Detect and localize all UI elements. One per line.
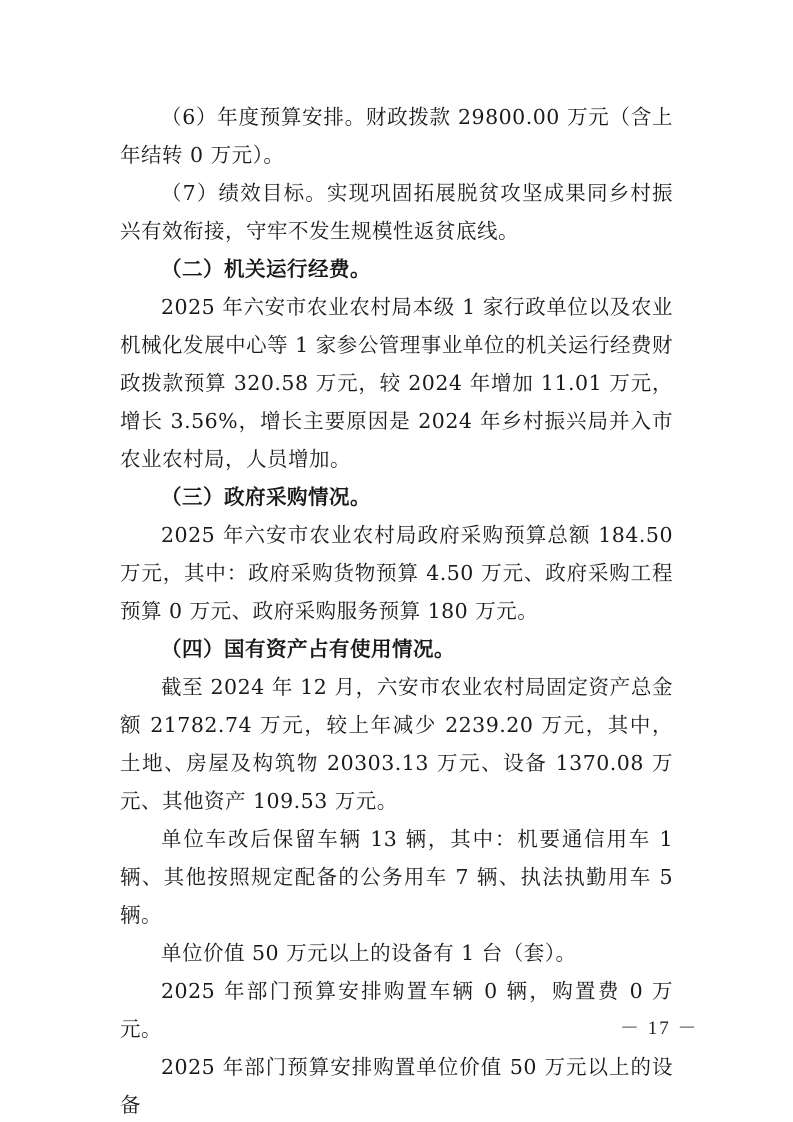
paragraph-operating-expenses: 2025 年六安市农业农村局本级 1 家行政单位以及农业机械化发展中心等 1 家… bbox=[120, 288, 673, 478]
document-page: （6）年度预算安排。财政拨款 29800.00 万元（含上年结转 0 万元）。 … bbox=[120, 98, 673, 1122]
paragraph-equipment-purchase: 2025 年部门预算安排购置单位价值 50 万元以上的设备 bbox=[120, 1048, 673, 1122]
heading-state-assets: （四）国有资产占有使用情况。 bbox=[120, 630, 673, 668]
paragraph-annual-budget: （6）年度预算安排。财政拨款 29800.00 万元（含上年结转 0 万元）。 bbox=[120, 98, 673, 174]
heading-operating-expenses: （二）机关运行经费。 bbox=[120, 250, 673, 288]
paragraph-performance-goal: （7）绩效目标。实现巩固拓展脱贫攻坚成果同乡村振兴有效衔接，守牢不发生规模性返贫… bbox=[120, 174, 673, 250]
page-number: － 17 － bbox=[620, 1013, 699, 1040]
heading-government-procurement: （三）政府采购情况。 bbox=[120, 478, 673, 516]
paragraph-vehicles: 单位车改后保留车辆 13 辆，其中：机要通信用车 1 辆、其他按照规定配备的公务… bbox=[120, 820, 673, 934]
paragraph-government-procurement: 2025 年六安市农业农村局政府采购预算总额 184.50 万元，其中：政府采购… bbox=[120, 516, 673, 630]
paragraph-fixed-assets: 截至 2024 年 12 月，六安市农业农村局固定资产总金额 21782.74 … bbox=[120, 668, 673, 820]
paragraph-equipment: 单位价值 50 万元以上的设备有 1 台（套）。 bbox=[120, 934, 673, 972]
paragraph-vehicle-purchase: 2025 年部门预算安排购置车辆 0 辆，购置费 0 万元。 bbox=[120, 972, 673, 1048]
